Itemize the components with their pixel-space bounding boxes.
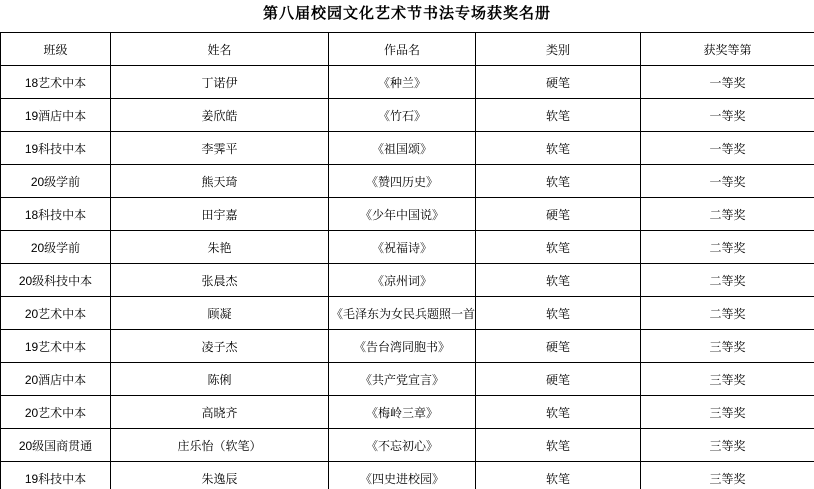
cell-work-title: 《四史进校园》 bbox=[329, 462, 476, 489]
cell-name: 朱艳 bbox=[111, 231, 329, 264]
cell-class: 20级学前 bbox=[1, 165, 111, 198]
table-row: 19艺术中本凌子杰《告台湾同胞书》硬笔三等奖 bbox=[1, 330, 814, 363]
column-header-category: 类别 bbox=[476, 33, 641, 66]
table-row: 19科技中本李霁平《祖国颂》软笔一等奖 bbox=[1, 132, 814, 165]
cell-class: 19科技中本 bbox=[1, 132, 111, 165]
column-header-name: 姓名 bbox=[111, 33, 329, 66]
table-row: 20酒店中本陈俐《共产党宣言》硬笔三等奖 bbox=[1, 363, 814, 396]
cell-name: 姜欣皓 bbox=[111, 99, 329, 132]
cell-award-rank: 二等奖 bbox=[641, 297, 814, 330]
cell-class: 20级国商贯通 bbox=[1, 429, 111, 462]
cell-name: 陈俐 bbox=[111, 363, 329, 396]
cell-class: 18科技中本 bbox=[1, 198, 111, 231]
cell-category: 软笔 bbox=[476, 462, 641, 489]
cell-class: 20级科技中本 bbox=[1, 264, 111, 297]
cell-category: 硬笔 bbox=[476, 198, 641, 231]
cell-work-title: 《祖国颂》 bbox=[329, 132, 476, 165]
cell-work-title: 《凉州词》 bbox=[329, 264, 476, 297]
cell-class: 19酒店中本 bbox=[1, 99, 111, 132]
cell-class: 20艺术中本 bbox=[1, 297, 111, 330]
cell-category: 软笔 bbox=[476, 231, 641, 264]
cell-category: 软笔 bbox=[476, 396, 641, 429]
cell-work-title: 《少年中国说》 bbox=[329, 198, 476, 231]
award-table: 班级姓名作品名类别获奖等第 18艺术中本丁诺伊《种兰》硬笔一等奖19酒店中本姜欣… bbox=[0, 32, 814, 489]
cell-work-title: 《赞四历史》 bbox=[329, 165, 476, 198]
cell-name: 熊天琦 bbox=[111, 165, 329, 198]
cell-award-rank: 二等奖 bbox=[641, 264, 814, 297]
cell-class: 20级学前 bbox=[1, 231, 111, 264]
cell-category: 硬笔 bbox=[476, 363, 641, 396]
cell-name: 李霁平 bbox=[111, 132, 329, 165]
cell-category: 软笔 bbox=[476, 132, 641, 165]
cell-class: 19艺术中本 bbox=[1, 330, 111, 363]
cell-name: 庄乐怡（软笔） bbox=[111, 429, 329, 462]
cell-category: 硬笔 bbox=[476, 66, 641, 99]
cell-work-title: 《祝福诗》 bbox=[329, 231, 476, 264]
cell-award-rank: 一等奖 bbox=[641, 132, 814, 165]
table-row: 20级学前熊天琦《赞四历史》软笔一等奖 bbox=[1, 165, 814, 198]
cell-award-rank: 二等奖 bbox=[641, 198, 814, 231]
column-header-award-rank: 获奖等第 bbox=[641, 33, 814, 66]
cell-work-title: 《不忘初心》 bbox=[329, 429, 476, 462]
cell-award-rank: 一等奖 bbox=[641, 99, 814, 132]
column-header-class: 班级 bbox=[1, 33, 111, 66]
cell-class: 18艺术中本 bbox=[1, 66, 111, 99]
cell-award-rank: 一等奖 bbox=[641, 66, 814, 99]
cell-class: 19科技中本 bbox=[1, 462, 111, 489]
cell-work-title: 《告台湾同胞书》 bbox=[329, 330, 476, 363]
cell-name: 凌子杰 bbox=[111, 330, 329, 363]
cell-name: 高晓齐 bbox=[111, 396, 329, 429]
cell-award-rank: 三等奖 bbox=[641, 396, 814, 429]
table-row: 19酒店中本姜欣皓《竹石》软笔一等奖 bbox=[1, 99, 814, 132]
table-row: 20艺术中本顾凝《毛泽东为女民兵题照一首》软笔二等奖 bbox=[1, 297, 814, 330]
table-header: 班级姓名作品名类别获奖等第 bbox=[1, 33, 814, 66]
cell-work-title: 《梅岭三章》 bbox=[329, 396, 476, 429]
cell-name: 丁诺伊 bbox=[111, 66, 329, 99]
table-body: 18艺术中本丁诺伊《种兰》硬笔一等奖19酒店中本姜欣皓《竹石》软笔一等奖19科技… bbox=[1, 66, 814, 489]
cell-work-title: 《竹石》 bbox=[329, 99, 476, 132]
table-row: 20级科技中本张晨杰《凉州词》软笔二等奖 bbox=[1, 264, 814, 297]
table-row: 20艺术中本高晓齐《梅岭三章》软笔三等奖 bbox=[1, 396, 814, 429]
cell-award-rank: 三等奖 bbox=[641, 462, 814, 489]
cell-award-rank: 二等奖 bbox=[641, 231, 814, 264]
cell-work-title: 《种兰》 bbox=[329, 66, 476, 99]
table-row: 18艺术中本丁诺伊《种兰》硬笔一等奖 bbox=[1, 66, 814, 99]
table-row: 19科技中本朱逸辰《四史进校园》软笔三等奖 bbox=[1, 462, 814, 489]
page-title: 第八届校园文化艺术节书法专场获奖名册 bbox=[0, 0, 814, 32]
cell-award-rank: 一等奖 bbox=[641, 165, 814, 198]
table-row: 20级学前朱艳《祝福诗》软笔二等奖 bbox=[1, 231, 814, 264]
cell-name: 顾凝 bbox=[111, 297, 329, 330]
cell-class: 20艺术中本 bbox=[1, 396, 111, 429]
document-page: 第八届校园文化艺术节书法专场获奖名册 班级姓名作品名类别获奖等第 18艺术中本丁… bbox=[0, 0, 814, 489]
cell-award-rank: 三等奖 bbox=[641, 429, 814, 462]
cell-name: 田宇嘉 bbox=[111, 198, 329, 231]
cell-work-title: 《毛泽东为女民兵题照一首》 bbox=[329, 297, 476, 330]
cell-award-rank: 三等奖 bbox=[641, 363, 814, 396]
cell-category: 软笔 bbox=[476, 99, 641, 132]
cell-category: 软笔 bbox=[476, 165, 641, 198]
table-row: 18科技中本田宇嘉《少年中国说》硬笔二等奖 bbox=[1, 198, 814, 231]
cell-name: 张晨杰 bbox=[111, 264, 329, 297]
column-header-work-title: 作品名 bbox=[329, 33, 476, 66]
cell-category: 硬笔 bbox=[476, 330, 641, 363]
cell-category: 软笔 bbox=[476, 297, 641, 330]
cell-award-rank: 三等奖 bbox=[641, 330, 814, 363]
cell-work-title: 《共产党宣言》 bbox=[329, 363, 476, 396]
table-row: 20级国商贯通庄乐怡（软笔）《不忘初心》软笔三等奖 bbox=[1, 429, 814, 462]
cell-category: 软笔 bbox=[476, 429, 641, 462]
cell-name: 朱逸辰 bbox=[111, 462, 329, 489]
header-row: 班级姓名作品名类别获奖等第 bbox=[1, 33, 814, 66]
cell-class: 20酒店中本 bbox=[1, 363, 111, 396]
cell-category: 软笔 bbox=[476, 264, 641, 297]
